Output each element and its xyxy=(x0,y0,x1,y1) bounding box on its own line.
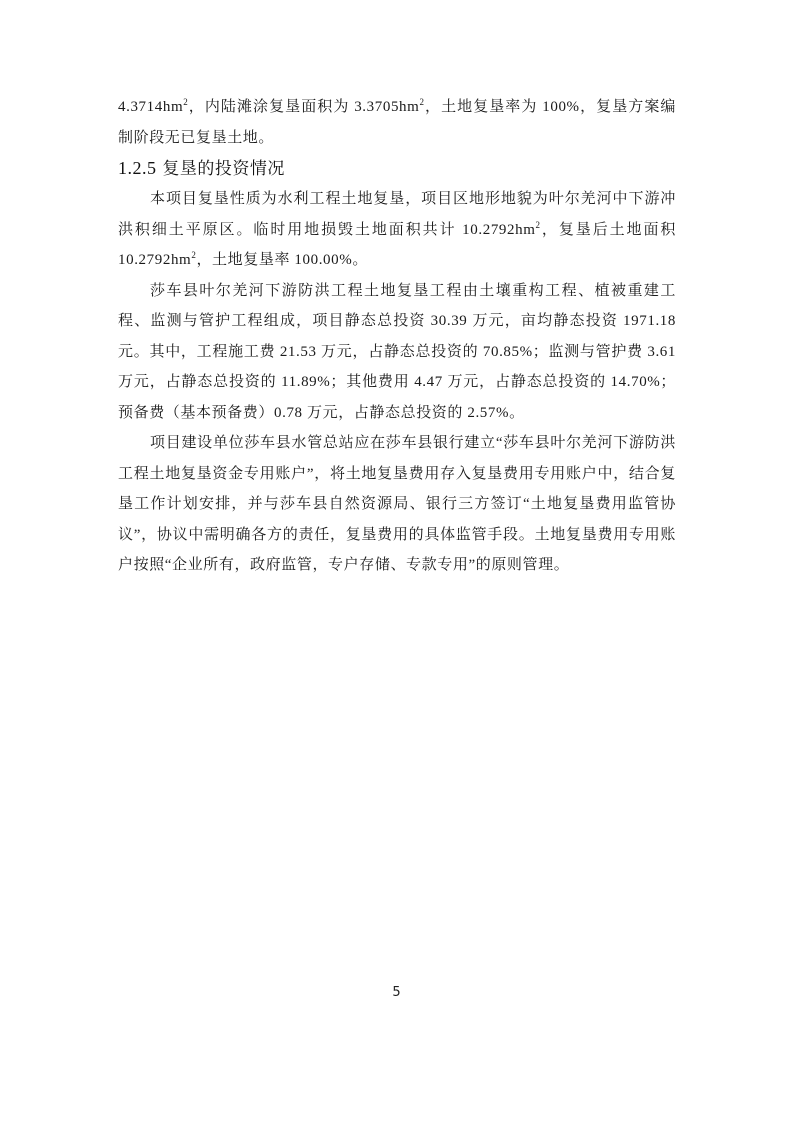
section-number: 1.2.5 xyxy=(118,158,157,178)
text-run: ，土地复垦率 100.00%。 xyxy=(196,252,368,268)
paragraph-fund-account: 项目建设单位莎车县水管总站应在莎车县银行建立“莎车县叶尔羌河下游防洪工程土地复垦… xyxy=(118,428,676,581)
page-body: 4.3714hm2，内陆滩涂复垦面积为 3.3705hm2，土地复垦率为 100… xyxy=(118,92,676,581)
page-number: 5 xyxy=(0,985,793,1000)
paragraph-reclamation-nature: 本项目复垦性质为水利工程土地复垦，项目区地形地貌为叶尔羌河中下游冲洪积细土平原区… xyxy=(118,184,676,276)
continuation-paragraph: 4.3714hm2，内陆滩涂复垦面积为 3.3705hm2，土地复垦率为 100… xyxy=(118,92,676,153)
paragraph-investment-breakdown: 莎车县叶尔羌河下游防洪工程土地复垦工程由土壤重构工程、植被重建工程、监测与管护工… xyxy=(118,276,676,429)
section-title: 复垦的投资情况 xyxy=(162,159,285,179)
text-run: 4.3714hm xyxy=(118,99,183,115)
text-run: ，内陆滩涂复垦面积为 3.3705hm xyxy=(188,99,419,115)
section-heading: 1.2.5 复垦的投资情况 xyxy=(118,153,676,184)
